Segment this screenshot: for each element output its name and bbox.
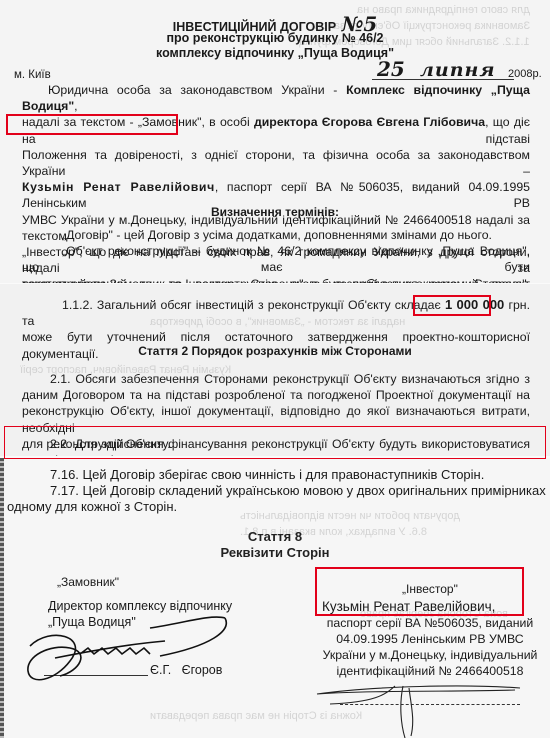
highlight-clause-2-2 <box>4 426 546 459</box>
investor-passport: паспорт серії ВА №506035, виданий <box>318 616 542 630</box>
date-day-handwritten: 25 <box>377 57 405 81</box>
clause-7-17-line1: 7.17. Цей Договір складений українською … <box>50 483 550 500</box>
investor-tax-id: ідентифікаційний № 2466400518 <box>318 664 542 678</box>
highlight-investment-amount <box>413 295 491 316</box>
clause-7-16: 7.16. Цей Договір зберігає свою чинність… <box>50 467 484 484</box>
investor-name-highlighted: Кузьмін Ренат Равелійович <box>22 180 215 194</box>
article8-heading: Стаття 8 <box>0 529 550 544</box>
article2-heading: Стаття 2 Порядок розрахунків між Сторона… <box>0 344 550 358</box>
document-fragment-header: для свого генпідрядника право на Замовни… <box>0 0 550 283</box>
city: м. Київ <box>14 69 51 81</box>
definitions: „Договір" - цей Договір з усіма додаткам… <box>22 227 530 283</box>
highlight-investor-block <box>315 567 524 616</box>
customer-signature <box>10 616 230 696</box>
investor-signature <box>315 680 525 738</box>
definitions-heading: Визначення термінів: <box>0 205 550 219</box>
document-fragment-signatures: доручати роботи чи нести відповідальніст… <box>0 458 550 738</box>
customer-position-line1: Директор комплексу відпочинку <box>48 599 232 613</box>
customer-role: „Замовник" <box>57 575 119 589</box>
document-subtitle-1: про реконструкцію будинку № 46/2 <box>0 31 550 45</box>
investor-residence: України у м.Донецьку, індивідуальний <box>318 648 542 662</box>
document-subtitle-2: комплексу відпочинку „Пуща Водиця" <box>0 46 550 60</box>
date-year: 2008р. <box>508 68 542 80</box>
highlight-investor-name <box>6 114 178 135</box>
clause-7-17-line2: одному для кожної з Сторін. <box>7 499 177 516</box>
investor-issued: 04.09.1995 Ленінським РВ УМВС <box>318 632 542 646</box>
article8-subheading: Реквізити Сторін <box>0 545 550 560</box>
bleed-through-text: доручати роботи чи нести відповідальніст… <box>240 510 460 522</box>
date-month-handwritten: липня <box>420 59 496 81</box>
